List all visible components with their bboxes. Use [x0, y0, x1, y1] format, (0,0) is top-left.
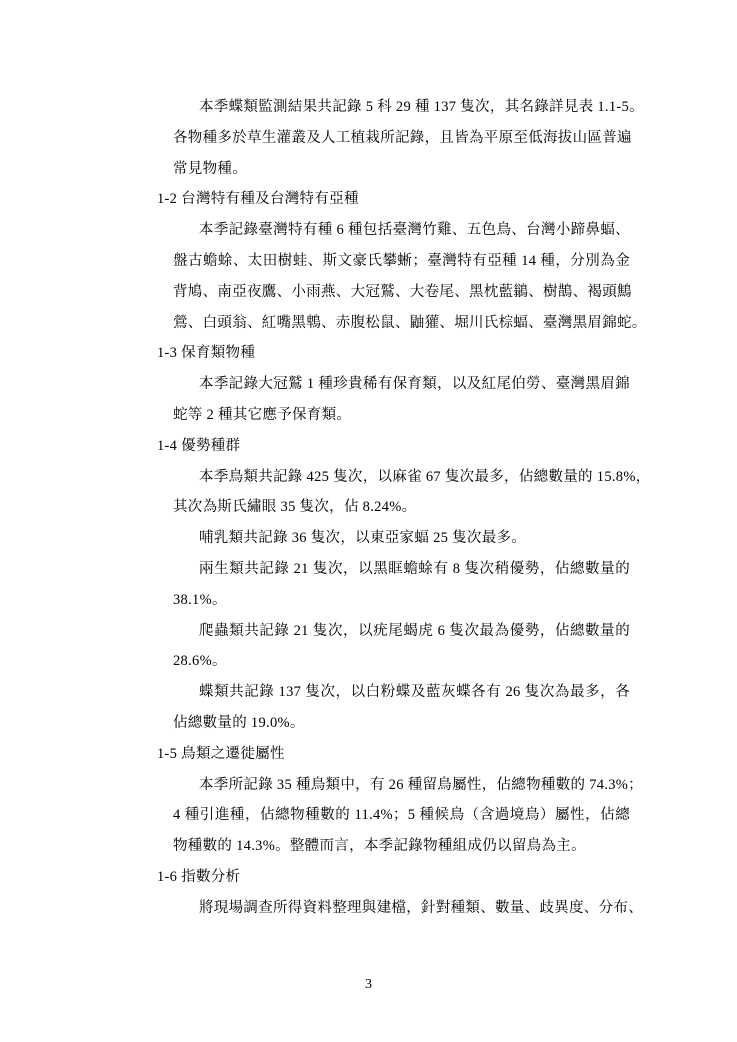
paragraph-line: 物種數的 14.3%。整體而言，本季記錄物種組成仍以留鳥為主。: [173, 831, 630, 862]
paragraph-line: 各物種多於草生灌叢及人工植栽所記錄，且皆為平原至低海拔山區普遍: [173, 123, 630, 154]
document-body: 本季蝶類監測結果共記錄 5 科 29 種 137 隻次，其名錄詳見表 1.1-5…: [157, 92, 630, 924]
paragraph-line: 將現場調查所得資料整理與建檔，針對種類、數量、歧異度、分布、: [173, 893, 630, 924]
paragraph-line: 背鳩、南亞夜鷹、小雨燕、大冠鷲、大卷尾、黑枕藍鶲、樹鵲、褐頭鷦: [173, 277, 630, 308]
paragraph-line: 鶯、白頭翁、紅嘴黑鵯、赤腹松鼠、鼬獾、堀川氏棕蝠、臺灣黑眉錦蛇。: [173, 308, 630, 339]
paragraph-line: 本季蝶類監測結果共記錄 5 科 29 種 137 隻次，其名錄詳見表 1.1-5…: [173, 92, 630, 123]
paragraph-line: 本季所記錄 35 種鳥類中，有 26 種留鳥屬性，佔總物種數的 74.3%；: [173, 770, 630, 801]
paragraph-line: 哺乳類共記錄 36 隻次，以東亞家蝠 25 隻次最多。: [173, 523, 630, 554]
paragraph-line: 其次為斯氏繡眼 35 隻次，佔 8.24%。: [173, 492, 630, 523]
paragraph-line: 兩生類共記錄 21 隻次，以黑眶蟾蜍有 8 隻次稍優勢，佔總數量的: [173, 554, 630, 585]
paragraph-line: 本季記錄臺灣特有種 6 種包括臺灣竹雞、五色鳥、台灣小蹄鼻蝠、: [173, 215, 630, 246]
paragraph-line: 蝶類共記錄 137 隻次，以白粉蝶及藍灰蝶各有 26 隻次為最多，各: [173, 677, 630, 708]
section-heading-1-4: 1-4 優勢種群: [157, 431, 630, 462]
document-page: 本季蝶類監測結果共記錄 5 科 29 種 137 隻次，其名錄詳見表 1.1-5…: [0, 0, 737, 1042]
section-heading-1-5: 1-5 鳥類之遷徙屬性: [157, 739, 630, 770]
page-number: 3: [0, 976, 737, 994]
paragraph-line: 本季記錄大冠鷲 1 種珍貴稀有保育類，以及紅尾伯勞、臺灣黑眉錦: [173, 369, 630, 400]
paragraph-line: 佔總數量的 19.0%。: [173, 708, 630, 739]
section-heading-1-2: 1-2 台灣特有種及台灣特有亞種: [157, 184, 630, 215]
paragraph-line: 蛇等 2 種其它應予保育類。: [173, 400, 630, 431]
paragraph-line: 4 種引進種，佔總物種數的 11.4%；5 種候鳥（含過境鳥）屬性，佔總: [173, 800, 630, 831]
paragraph-line: 爬蟲類共記錄 21 隻次，以疣尾蝎虎 6 隻次最為優勢，佔總數量的: [173, 616, 630, 647]
paragraph-line: 常見物種。: [173, 154, 630, 185]
paragraph-line: 本季鳥類共記錄 425 隻次，以麻雀 67 隻次最多，佔總數量的 15.8%，: [173, 462, 630, 493]
section-heading-1-6: 1-6 指數分析: [157, 862, 630, 893]
paragraph-line: 盤古蟾蜍、太田樹蛙、斯文豪氏攀蜥；臺灣特有亞種 14 種，分別為金: [173, 246, 630, 277]
section-heading-1-3: 1-3 保育類物種: [157, 338, 630, 369]
paragraph-line: 28.6%。: [173, 646, 630, 677]
paragraph-line: 38.1%。: [173, 585, 630, 616]
